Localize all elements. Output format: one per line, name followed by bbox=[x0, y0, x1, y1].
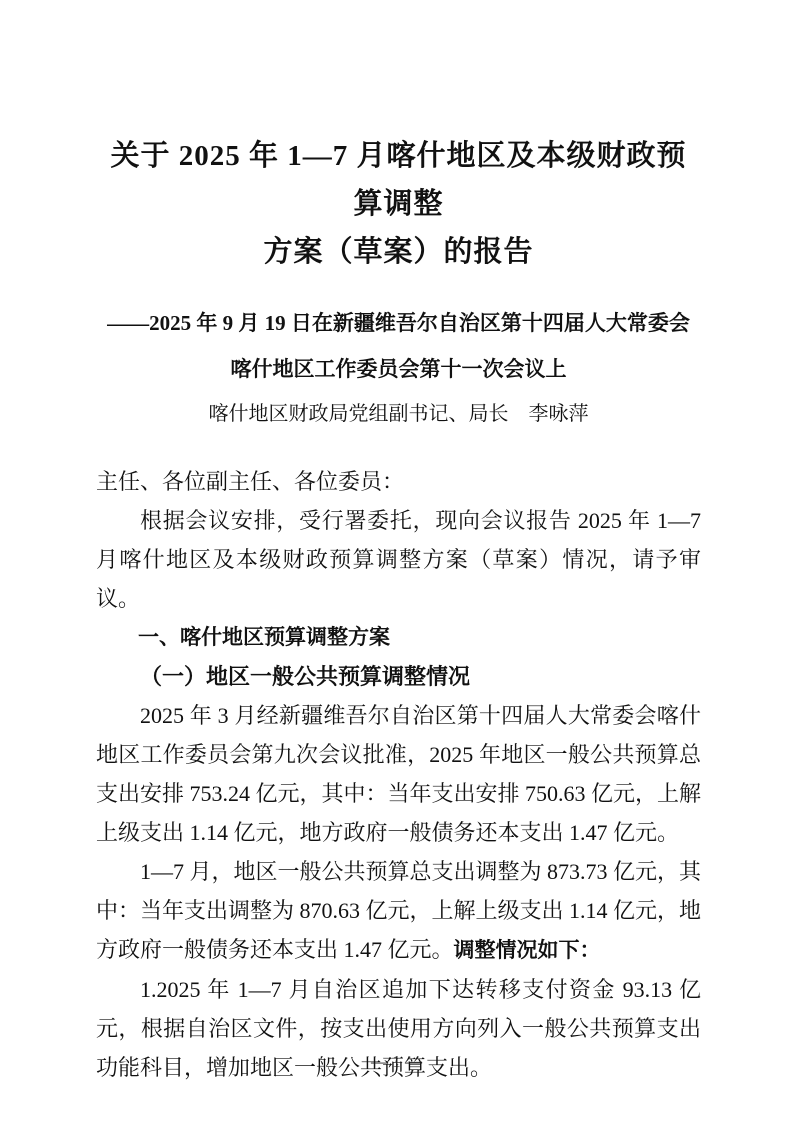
report-title-line-1: 关于 2025 年 1—7 月喀什地区及本级财政预算调整 bbox=[96, 132, 701, 228]
meeting-subtitle: ——2025 年 9 月 19 日在新疆维吾尔自治区第十四届人大常委会 喀什地区… bbox=[96, 300, 701, 436]
adjustment-note-bold: 调整情况如下： bbox=[454, 939, 601, 962]
paragraph-budget-adjusted-text: 1—7 月，地区一般公共预算总支出调整为 873.73 亿元，其中：当年支出调整… bbox=[96, 859, 701, 962]
report-body: 主任、各位副主任、各位委员： 根据会议安排，受行署委托，现向会议报告 2025 … bbox=[96, 462, 701, 1087]
salutation: 主任、各位副主任、各位委员： bbox=[96, 462, 701, 501]
report-title-line-2: 方案（草案）的报告 bbox=[96, 228, 701, 276]
author-byline: 喀什地区财政局党组副书记、局长 李咏萍 bbox=[96, 392, 701, 436]
subsection-1-heading: （一）地区一般公共预算调整情况 bbox=[96, 657, 701, 696]
paragraph-budget-adjusted: 1—7 月，地区一般公共预算总支出调整为 873.73 亿元，其中：当年支出调整… bbox=[96, 852, 701, 970]
intro-paragraph: 根据会议安排，受行署委托，现向会议报告 2025 年 1—7 月喀什地区及本级财… bbox=[96, 501, 701, 618]
document-page: 关于 2025 年 1—7 月喀什地区及本级财政预算调整 方案（草案）的报告 —… bbox=[0, 0, 793, 1122]
paragraph-budget-approved: 2025 年 3 月经新疆维吾尔自治区第十四届人大常委会喀什地区工作委员会第九次… bbox=[96, 696, 701, 852]
page-number: — 1 — bbox=[0, 1052, 793, 1072]
meeting-subtitle-line-1: ——2025 年 9 月 19 日在新疆维吾尔自治区第十四届人大常委会 bbox=[96, 300, 701, 346]
meeting-subtitle-line-2: 喀什地区工作委员会第十一次会议上 bbox=[96, 346, 701, 392]
section-1-heading: 一、喀什地区预算调整方案 bbox=[96, 618, 701, 657]
